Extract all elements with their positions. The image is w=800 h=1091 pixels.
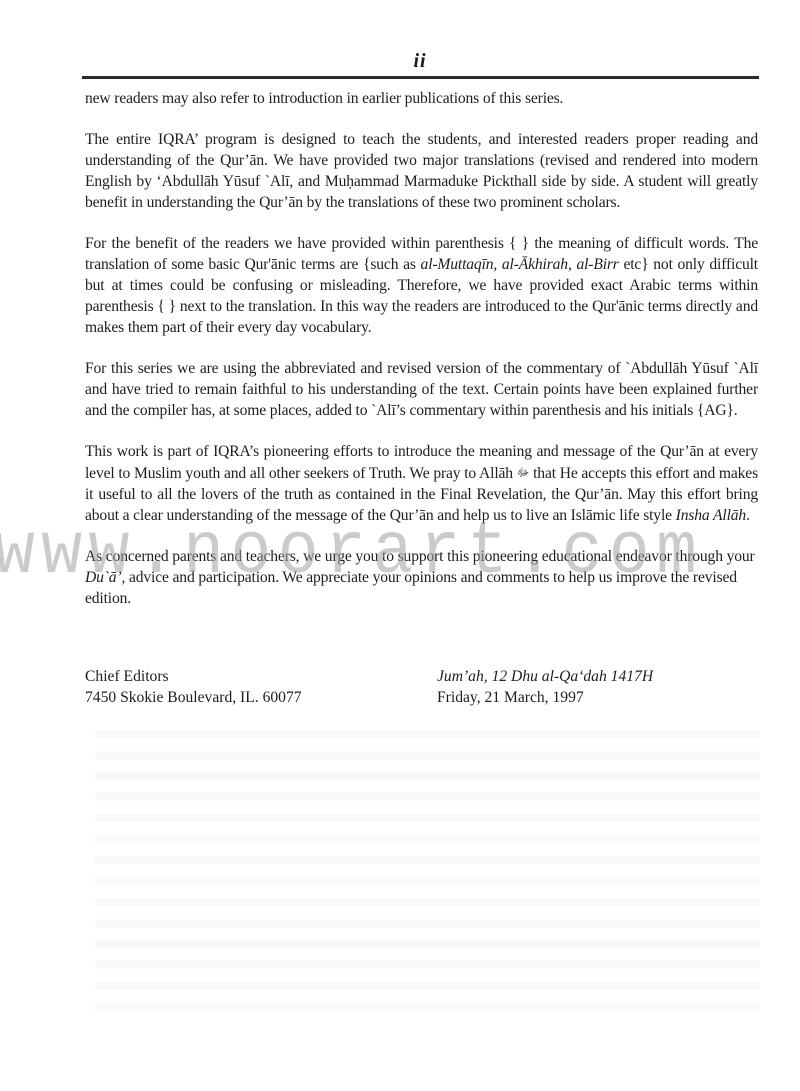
paragraph-program: The entire IQRA’ program is designed to … (85, 129, 758, 213)
text-segment: As concerned parents and teachers, we ur… (85, 548, 755, 565)
hijri-date: Jum’ah, 12 Dhu al-Qa‘dah 1417H (437, 666, 653, 687)
arabic-terms: al-Muttaqīn, al-Ākhirah, al-Birr (421, 256, 619, 273)
editor-address: 7450 Skokie Boulevard, IL. 60077 (85, 687, 302, 708)
honorific-glyph-icon: ﷻ (517, 466, 529, 479)
text-segment: . (746, 507, 750, 524)
editor-info: Chief Editors 7450 Skokie Boulevard, IL.… (85, 666, 302, 708)
paragraph-pioneering: This work is part of IQRA’s pioneering e… (85, 441, 758, 526)
gregorian-date: Friday, 21 March, 1997 (437, 687, 653, 708)
body-text: new readers may also refer to introducti… (85, 88, 758, 629)
closing-phrase: Insha Allāh (676, 507, 746, 524)
document-page: ii new readers may also refer to introdu… (0, 0, 800, 1091)
scan-bleed-through (95, 720, 760, 1020)
date-info: Jum’ah, 12 Dhu al-Qa‘dah 1417H Friday, 2… (437, 666, 653, 708)
editor-title: Chief Editors (85, 666, 302, 687)
paragraph-commentary: For this series we are using the abbrevi… (85, 358, 758, 421)
header-rule (82, 76, 759, 79)
page-number: ii (0, 50, 800, 73)
text-segment: , advice and participation. We appreciat… (85, 569, 737, 607)
dua-term: Du`ā’ (85, 569, 122, 586)
paragraph-appeal: As concerned parents and teachers, we ur… (85, 546, 758, 609)
paragraph-continuation: new readers may also refer to introducti… (85, 88, 758, 109)
paragraph-parenthesis: For the benefit of the readers we have p… (85, 233, 758, 338)
